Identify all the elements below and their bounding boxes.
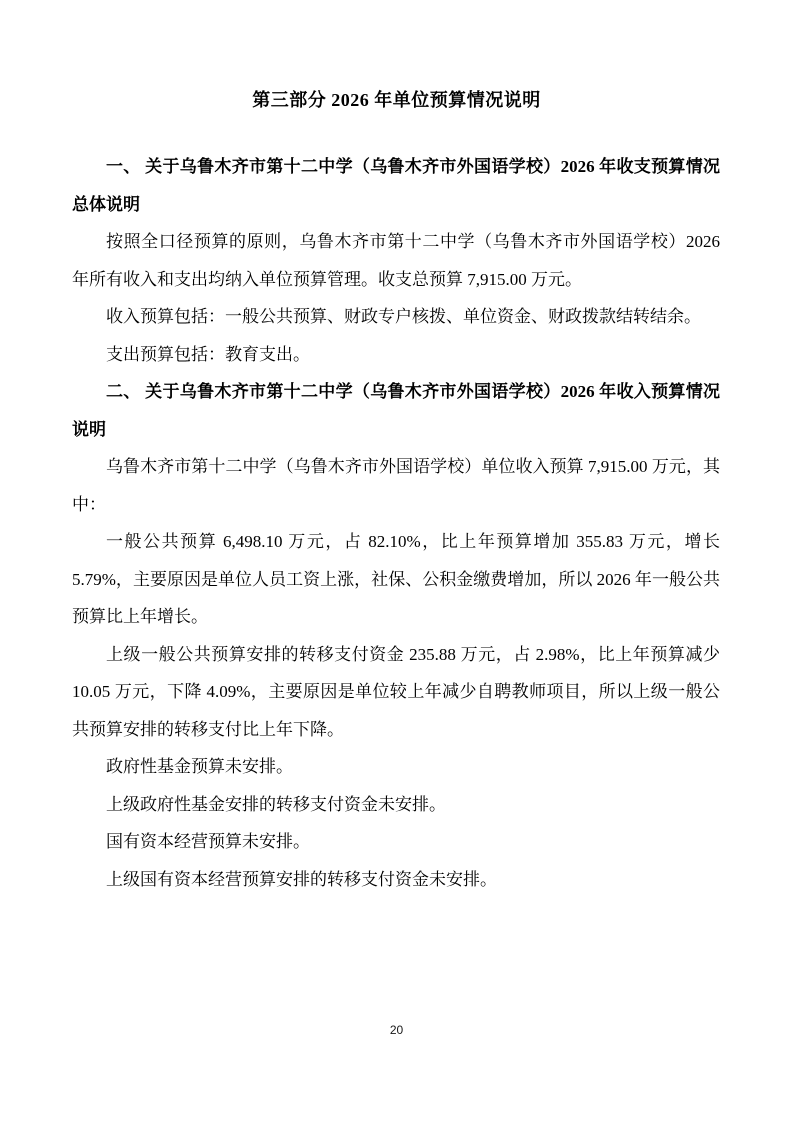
section-2-heading: 二、 关于乌鲁木齐市第十二中学（乌鲁木齐市外国语学校）2026 年收入预算情况说…: [72, 373, 720, 448]
paragraph-general-public-budget: 一般公共预算 6,498.10 万元，占 82.10%，比上年预算增加 355.…: [72, 523, 720, 636]
paragraph-state-capital: 国有资本经营预算未安排。: [72, 823, 720, 861]
document-title: 第三部分 2026 年单位预算情况说明: [0, 0, 793, 112]
document-body: 一、 关于乌鲁木齐市第十二中学（乌鲁木齐市外国语学校）2026 年收支预算情况总…: [72, 148, 720, 898]
section-1-heading: 一、 关于乌鲁木齐市第十二中学（乌鲁木齐市外国语学校）2026 年收支预算情况总…: [72, 148, 720, 223]
paragraph-state-capital-transfer: 上级国有资本经营预算安排的转移支付资金未安排。: [72, 861, 720, 899]
document-page: 第三部分 2026 年单位预算情况说明 一、 关于乌鲁木齐市第十二中学（乌鲁木齐…: [0, 0, 793, 1122]
paragraph-total-budget: 按照全口径预算的原则，乌鲁木齐市第十二中学（乌鲁木齐市外国语学校）2026 年所…: [72, 223, 720, 298]
paragraph-gov-fund: 政府性基金预算未安排。: [72, 748, 720, 786]
paragraph-income-scope: 收入预算包括：一般公共预算、财政专户核拨、单位资金、财政拨款结转结余。: [72, 298, 720, 336]
paragraph-expense-scope: 支出预算包括：教育支出。: [72, 336, 720, 374]
paragraph-income-total: 乌鲁木齐市第十二中学（乌鲁木齐市外国语学校）单位收入预算 7,915.00 万元…: [72, 448, 720, 523]
page-number: 20: [0, 1022, 793, 1038]
paragraph-transfer-payment: 上级一般公共预算安排的转移支付资金 235.88 万元，占 2.98%，比上年预…: [72, 636, 720, 749]
paragraph-gov-fund-transfer: 上级政府性基金安排的转移支付资金未安排。: [72, 786, 720, 824]
